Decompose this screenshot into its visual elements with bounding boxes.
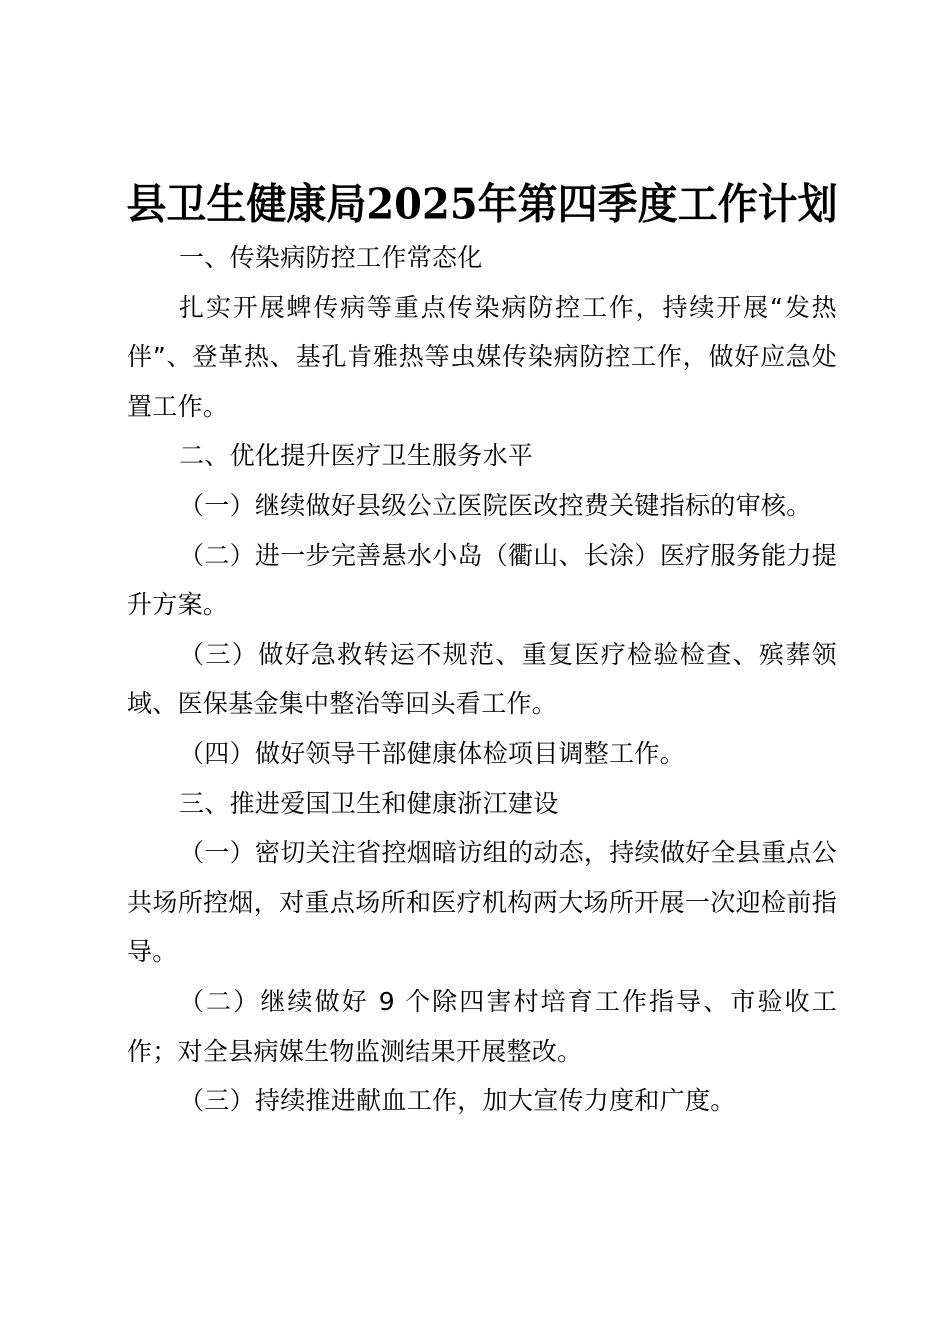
paragraph: （三）做好急救转运不规范、重复医疗检验检查、殡葬领域、医保基金集中整治等回头看工… [127,630,837,729]
paragraph: （一）继续做好县级公立医院医改控费关键指标的审核。 [127,481,837,531]
section-heading-1: 一、传染病防控工作常态化 [127,233,837,283]
paragraph: （四）做好领导干部健康体检项目调整工作。 [127,729,837,779]
paragraph: 扎实开展蜱传病等重点传染病防控工作，持续开展“发热伴”、登革热、基孔肯雅热等虫媒… [127,283,837,432]
paragraph: （二）进一步完善悬水小岛（衢山、长涂）医疗服务能力提升方案。 [127,531,837,630]
document-title: 县卫生健康局2025年第四季度工作计划 [107,179,857,232]
paragraph: （三）持续推进献血工作，加大宣传力度和广度。 [127,1076,837,1126]
document-page: 县卫生健康局2025年第四季度工作计划 一、传染病防控工作常态化 扎实开展蜱传病… [127,180,837,1126]
document-body: 一、传染病防控工作常态化 扎实开展蜱传病等重点传染病防控工作，持续开展“发热伴”… [127,233,837,1126]
paragraph: （一）密切关注省控烟暗访组的动态，持续做好全县重点公共场所控烟，对重点场所和医疗… [127,828,837,977]
section-heading-3: 三、推进爱国卫生和健康浙江建设 [127,779,837,829]
section-heading-2: 二、优化提升医疗卫生服务水平 [127,431,837,481]
paragraph: （二）继续做好 9 个除四害村培育工作指导、市验收工作；对全县病媒生物监测结果开… [127,977,837,1076]
